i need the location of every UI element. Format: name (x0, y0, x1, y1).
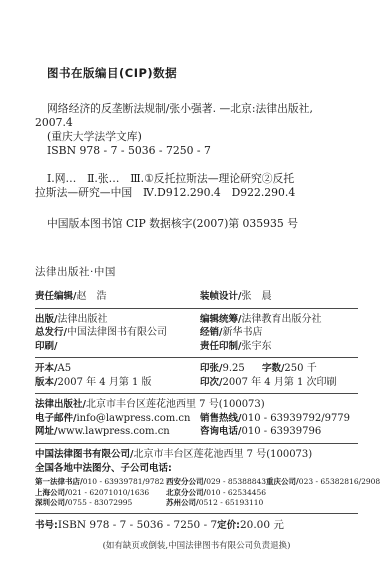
divider-rule (35, 443, 358, 444)
branch-chongqing: 重庆公司/023 - 65382816/2908 (266, 477, 380, 488)
cover-designer-cell: 装帧设计/张 晨 (200, 290, 358, 304)
website-cell: 网址/www.lawpress.com.cn (35, 425, 200, 439)
coordination-cell: 编辑统筹/法律教育出版分社 (200, 313, 358, 327)
seller-cell: 经销/新华书店 (200, 326, 358, 340)
branch-phones-heading: 全国各地中法图分、子公司电话: (35, 462, 358, 475)
book-number-price-row: 书号:ISBN 978 - 7 - 5036 - 7250 - 7 定价:20.… (35, 518, 358, 533)
branch-beijing: 北京分公司/010 - 62534456 (166, 488, 266, 499)
branch-shenzhen: 深圳公司/0755 - 83072995 (35, 498, 166, 509)
email-value: info@lawpress.com.cn (76, 413, 190, 424)
book-number-value: ISBN 978 - 7 - 5036 - 7250 - 7 (58, 519, 217, 531)
company-address-row: 中国法律图书有限公司/北京市丰台区莲花池西里 7 号(100073) (35, 448, 358, 462)
branch-phone-row: 深圳公司/0755 - 83072995 苏州公司/0512 - 6519311… (35, 498, 358, 509)
inquiry-phone-value: 010 - 63939796 (241, 426, 321, 437)
publisher-value: 法律出版社 (57, 314, 107, 325)
print-supervisor-cell: 责任印制/张宇东 (200, 340, 358, 354)
printer-cell: 印刷/ (35, 340, 200, 354)
word-count-value: 250 千 (284, 363, 316, 374)
format-label: 开本/ (35, 363, 57, 374)
sheets-label: 印张/ (200, 363, 222, 374)
branch-phone-row: 上海公司/021 - 62071010/1636 北京分公司/010 - 625… (35, 488, 358, 499)
press-address-row: 法律出版社/北京市丰台区莲花池西里 7 号(100073) (35, 398, 358, 412)
cover-designer-value: 张 晨 (241, 291, 271, 302)
cip-title-line: 网络经济的反垄断法规制/张小强著. —北京:法律出版社, (35, 102, 358, 116)
publisher-label: 出版/ (35, 314, 57, 325)
cip-record-block: 网络经济的反垄断法规制/张小强著. —北京:法律出版社, 2007.4 (重庆大… (35, 102, 358, 231)
inquiry-phone-label: 咨询电话/ (200, 426, 241, 437)
edition-cell: 版本/2007 年 4 月第 1 版 (35, 376, 200, 390)
sheets-wordcount-cell: 印张/9.25 字数/250 千 (200, 362, 358, 376)
sales-hotline-value: 010 - 63939792/9779 (241, 413, 350, 424)
impression-label: 印次/ (200, 377, 222, 388)
printer-row: 印刷/ 责任印制/张宇东 (35, 340, 358, 354)
cip-class-line-2: 拉斯法—研究—中国 Ⅳ.D912.290.4 D922.290.4 (35, 186, 358, 200)
print-supervisor-label: 责任印制/ (200, 341, 241, 352)
cip-class-line-1: Ⅰ.网… Ⅱ.张… Ⅲ.①反托拉斯法—理论研究②反托 (35, 172, 358, 186)
press-address-value: 北京市丰台区莲花池西里 7 号(100073) (86, 399, 265, 410)
publisher-imprint-line: 法律出版社·中国 (35, 265, 358, 279)
sheets-value: 9.25 (222, 363, 244, 374)
price-label: 定价: (217, 520, 240, 531)
format-row: 开本/A5 印张/9.25 字数/250 千 (35, 362, 358, 376)
word-count-pair: 字数/250 千 (262, 363, 317, 374)
printer-label: 印刷/ (35, 341, 57, 352)
company-address-value: 北京市丰台区莲花池西里 7 号(100073) (133, 449, 312, 460)
cover-designer-label: 装帧设计/ (200, 291, 241, 302)
website-label: 网址/ (35, 426, 57, 437)
branch-phone-row: 第一法律书店/010 - 63939781/9782 西安分公司/029 - 8… (35, 477, 358, 488)
book-number-cell: 书号:ISBN 978 - 7 - 5036 - 7250 - 7 (35, 518, 217, 533)
cip-heading: 图书在版编目(CIP)数据 (47, 66, 358, 80)
price-cell: 定价:20.00 元 (217, 518, 358, 533)
distributor-cell: 总发行/中国法律图书有限公司 (35, 326, 200, 340)
divider-rule (35, 393, 358, 394)
edition-row: 版本/2007 年 4 月第 1 版 印次/2007 年 4 月第 1 次印刷 (35, 376, 358, 390)
seller-value: 新华书店 (222, 327, 262, 338)
book-number-label: 书号: (35, 520, 58, 531)
colophon-table: 责任编辑/赵 浩 装帧设计/张 晨 出版/法律出版社 编辑统筹/法律教育出版分社… (35, 290, 358, 552)
price-value: 20.00 元 (240, 519, 284, 531)
distributor-value: 中国法律图书有限公司 (67, 327, 167, 338)
seller-label: 经销/ (200, 327, 222, 338)
branch-first-bookstore: 第一法律书店/010 - 63939781/9782 (35, 477, 166, 488)
edition-value: 2007 年 4 月第 1 版 (57, 377, 151, 388)
coordination-label: 编辑统筹/ (200, 314, 241, 325)
impression-value: 2007 年 4 月第 1 次印刷 (222, 377, 336, 388)
book-copyright-page: 图书在版编目(CIP)数据 网络经济的反垄断法规制/张小强著. —北京:法律出版… (0, 0, 390, 587)
email-cell: 电子邮件/info@lawpress.com.cn (35, 412, 200, 426)
sales-hotline-label: 销售热线/ (200, 413, 241, 424)
branch-suzhou: 苏州公司/0512 - 65193110 (166, 498, 263, 509)
distributor-label: 总发行/ (35, 327, 67, 338)
branch-xian: 西安分公司/029 - 85388843 (166, 477, 266, 488)
edition-label: 版本/ (35, 377, 57, 388)
responsible-editor-cell: 责任编辑/赵 浩 (35, 290, 200, 304)
divider-rule (35, 513, 358, 514)
page-content: 图书在版编目(CIP)数据 网络经济的反垄断法规制/张小强著. —北京:法律出版… (35, 66, 358, 552)
publisher-cell: 出版/法律出版社 (35, 313, 200, 327)
print-supervisor-value: 张宇东 (241, 341, 271, 352)
company-name-label: 中国法律图书有限公司/ (35, 449, 133, 460)
responsible-editor-value: 赵 浩 (76, 291, 106, 302)
impression-cell: 印次/2007 年 4 月第 1 次印刷 (200, 376, 358, 390)
format-value: A5 (57, 363, 71, 374)
website-row: 网址/www.lawpress.com.cn 咨询电话/010 - 639397… (35, 425, 358, 439)
coordination-value: 法律教育出版分社 (241, 314, 321, 325)
publisher-row: 出版/法律出版社 编辑统筹/法律教育出版分社 (35, 313, 358, 327)
inquiry-phone-cell: 咨询电话/010 - 63939796 (200, 425, 358, 439)
distributor-row: 总发行/中国法律图书有限公司 经销/新华书店 (35, 326, 358, 340)
divider-rule (35, 357, 358, 358)
word-count-label: 字数/ (262, 363, 284, 374)
cip-isbn-line: ISBN 978 - 7 - 5036 - 7250 - 7 (35, 144, 358, 158)
return-policy-note: (如有缺页或倒装,中国法律图书有限公司负责退换) (35, 541, 358, 552)
cip-year-line: 2007.4 (35, 116, 358, 130)
email-label: 电子邮件/ (35, 413, 76, 424)
format-cell: 开本/A5 (35, 362, 200, 376)
divider-rule (35, 308, 358, 309)
press-label: 法律出版社/ (35, 399, 86, 410)
branch-shanghai: 上海公司/021 - 62071010/1636 (35, 488, 166, 499)
sheets-pair: 印张/9.25 (200, 363, 245, 374)
sales-hotline-cell: 销售热线/010 - 63939792/9779 (200, 412, 358, 426)
credits-row: 责任编辑/赵 浩 装帧设计/张 晨 (35, 290, 358, 304)
responsible-editor-label: 责任编辑/ (35, 291, 76, 302)
cip-series-line: (重庆大学法学文库) (35, 130, 358, 144)
email-row: 电子邮件/info@lawpress.com.cn 销售热线/010 - 639… (35, 412, 358, 426)
website-value: www.lawpress.com.cn (57, 426, 169, 437)
cip-registry-line: 中国版本图书馆 CIP 数据核字(2007)第 035935 号 (35, 217, 358, 231)
branch-phone-list: 第一法律书店/010 - 63939781/9782 西安分公司/029 - 8… (35, 477, 358, 509)
